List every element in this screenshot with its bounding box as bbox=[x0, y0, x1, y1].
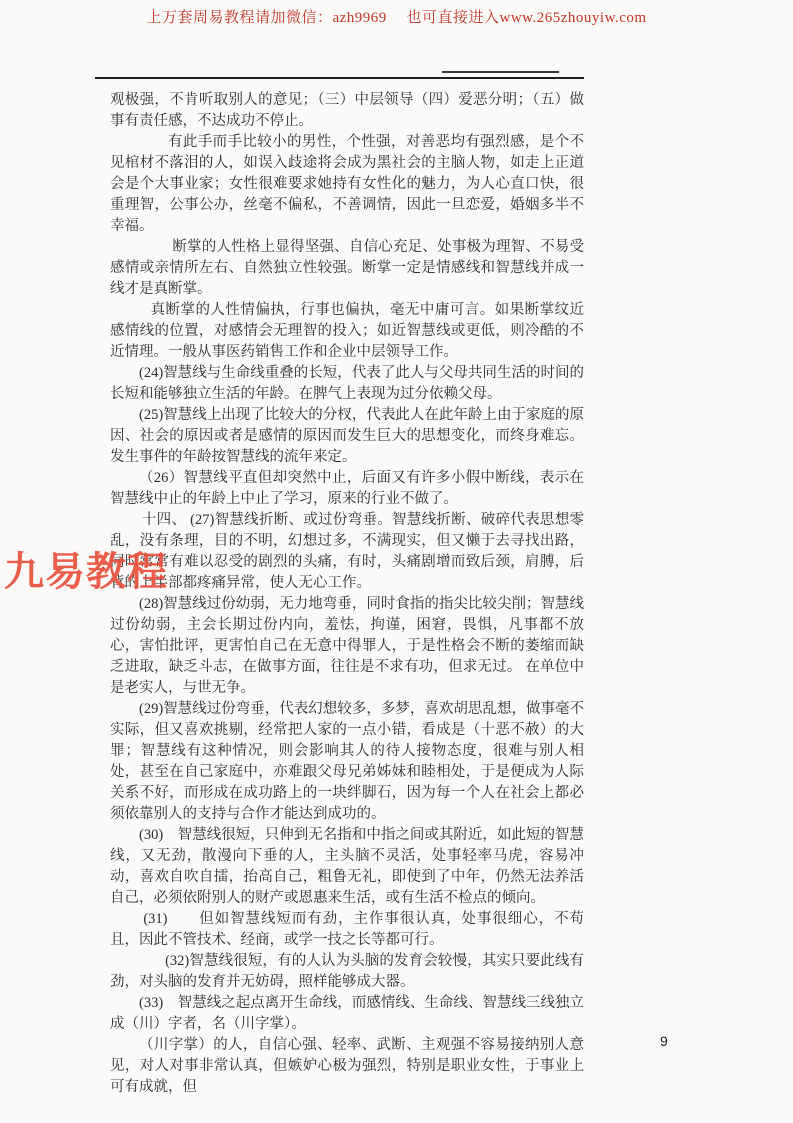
body-paragraph: （26）智慧线平直但却突然中止，后面又有许多小假中断线，表示在智慧线中止的年龄上… bbox=[110, 468, 584, 510]
header-rule-short bbox=[442, 71, 559, 73]
document-page: 上万套周易教程请加微信：azh9969 也可直接进入www.265zhouyiw… bbox=[0, 0, 793, 1123]
body-text: 观极强，不肯听取别人的意见；（三）中层领导（四）爱恶分明；（五）做事有责任感，不… bbox=[110, 90, 584, 1098]
body-paragraph: 真断掌的人性情偏执，行事也偏执，毫无中庸可言。如果断掌纹近感情线的位置，对感情会… bbox=[110, 300, 584, 363]
header-promo-text: 上万套周易教程请加微信：azh9969 也可直接进入www.265zhouyiw… bbox=[0, 6, 793, 27]
body-paragraph: 观极强，不肯听取别人的意见；（三）中层领导（四）爱恶分明；（五）做事有责任感，不… bbox=[110, 90, 584, 132]
body-paragraph: (31) 但如智慧线短而有劲，主作事很认真，处事很细心，不苟且，因此不管技术、经… bbox=[110, 909, 584, 951]
body-paragraph: (32)智慧线很短，有的人认为头脑的发育会较慢，其实只要此线有劲，对头脑的发育并… bbox=[110, 951, 584, 993]
watermark-text: 九易教程 bbox=[4, 540, 168, 597]
body-paragraph: (25)智慧线上出现了比较大的分杈，代表此人在此年龄上由于家庭的原因、社会的原因… bbox=[110, 405, 584, 468]
body-paragraph: 十四、 (27)智慧线折断、或过份弯垂。智慧线折断、破碎代表思想零乱，没有条理，… bbox=[110, 510, 584, 594]
body-paragraph: (24)智慧线与生命线重叠的长短，代表了此人与父母共同生活的时间的长短和能够独立… bbox=[110, 363, 584, 405]
body-paragraph: (33) 智慧线之起点离开生命线，而感情线、生命线、智慧线三线独立成（川）字者，… bbox=[110, 993, 584, 1035]
body-paragraph: (29)智慧线过份弯垂，代表幻想较多，多梦，喜欢胡思乱想，做事毫不实际，但又喜欢… bbox=[110, 699, 584, 825]
body-paragraph: 有此手而手比较小的男性，个性强，对善恶均有强烈感，是个不见棺材不落泪的人，如误入… bbox=[110, 132, 584, 237]
body-paragraph: （川字掌）的人，自信心强、轻率、武断、主观强不容易接纳别人意见，对人对事非常认真… bbox=[110, 1035, 584, 1098]
header-rule-long bbox=[95, 77, 584, 79]
body-paragraph: (28)智慧线过份幼弱，无力地弯垂，同时食指的指尖比较尖削；智慧线过份幼弱，主会… bbox=[110, 594, 584, 699]
body-paragraph: (30) 智慧线很短，只伸到无名指和中指之间或其附近，如此短的智慧线，又无劲，散… bbox=[110, 825, 584, 909]
body-paragraph: 断掌的人性格上显得坚强、自信心充足、处事极为理智、不易受感情或亲情所左右、自然独… bbox=[110, 237, 584, 300]
page-number: 9 bbox=[660, 1033, 668, 1049]
